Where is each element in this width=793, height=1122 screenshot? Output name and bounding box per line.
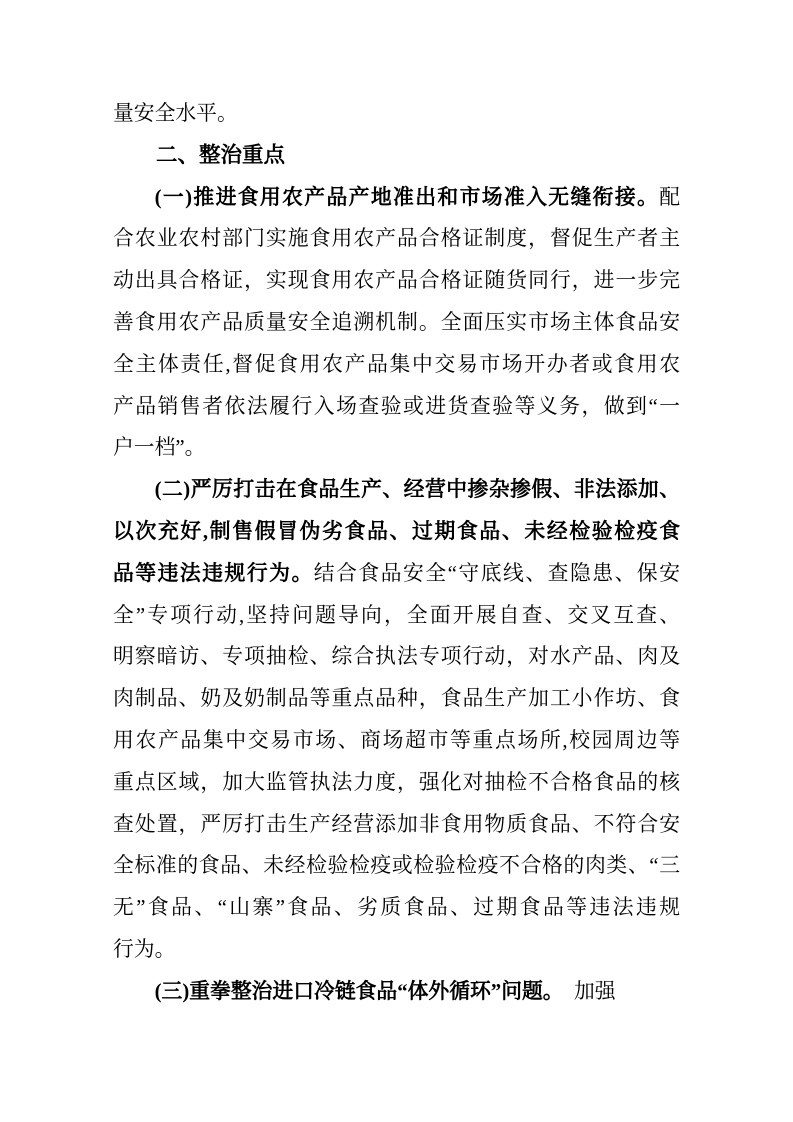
text-line: 全主体责任,督促食用农产品集中交易市场开办者或食用农 [113, 344, 680, 386]
bold-text-run: 二、整治重点 [156, 143, 285, 167]
text-line: 全”专项行动,坚持问题导向，全面开展自查、交叉互查、 [113, 595, 680, 637]
paragraph-section-heading: 二、整治重点 [113, 135, 680, 177]
text-line: 查处置，严厉打击生产经营添加非食用物质食品、不符合安 [113, 804, 680, 846]
bold-text-run: (一)推进食用农产品产地准出和市场准入无缝衔接。 [155, 186, 660, 209]
text-run: 全标准的食品、未经检验检疫或检验检疫不合格的肉类、“三 [113, 854, 680, 877]
bold-text-run: (三)重拳整治进口冷链食品“体外循环”问题。 [155, 980, 554, 1003]
text-line: 二、整治重点 [113, 135, 680, 177]
bold-text-run: 以次充好,制售假冒伪劣食品、过期食品、未经检验检疫食 [113, 520, 680, 543]
text-run: 明察暗访、专项抽检、综合执法专项行动，对水产品、肉及 [113, 645, 680, 668]
text-line: 重点区域，加大监管执法力度，强化对抽检不合格食品的核 [113, 762, 680, 804]
paragraph-continuation-paragraph: 量安全水平。 [113, 93, 680, 135]
text-run: 善食用农产品质量安全追溯机制。全面压实市场主体食品安 [113, 311, 680, 334]
text-run: 加强 [553, 980, 615, 1003]
paragraph-item-2: (二)严厉打击在食品生产、经营中掺杂掺假、非法添加、以次充好,制售假冒伪劣食品、… [113, 469, 680, 971]
text-line: 品等违法违规行为。结合食品安全“守底线、查隐患、保安 [113, 553, 680, 595]
text-line: 量安全水平。 [113, 93, 680, 135]
text-line: 善食用农产品质量安全追溯机制。全面压实市场主体食品安 [113, 302, 680, 344]
text-line: 动出具合格证，实现食用农产品合格证随货同行，进一步完 [113, 260, 680, 302]
text-run: 行为。 [113, 938, 175, 961]
text-run: 合农业农村部门实施食用农产品合格证制度，督促生产者主 [113, 227, 680, 250]
text-line: 全标准的食品、未经检验检疫或检验检疫不合格的肉类、“三 [113, 845, 680, 887]
text-run: 结合食品安全“守底线、查隐患、保安 [314, 562, 680, 585]
text-line: 明察暗访、专项抽检、综合执法专项行动，对水产品、肉及 [113, 636, 680, 678]
text-line: 户一档”。 [113, 427, 680, 469]
text-run: 产品销售者依法履行入场查验或进货查验等义务，做到“一 [113, 395, 680, 418]
text-run: 配 [659, 186, 680, 209]
document-body: 量安全水平。二、整治重点(一)推进食用农产品产地准出和市场准入无缝衔接。配合农业… [113, 93, 680, 1013]
text-run: 户一档”。 [113, 436, 205, 459]
text-run: 用农产品集中交易市场、商场超市等重点场所,校园周边等 [113, 729, 680, 752]
text-run: 全主体责任,督促食用农产品集中交易市场开办者或食用农 [113, 353, 680, 376]
text-run: 动出具合格证，实现食用农产品合格证随货同行，进一步完 [113, 269, 680, 292]
text-line: (一)推进食用农产品产地准出和市场准入无缝衔接。配 [113, 177, 680, 219]
text-line: 行为。 [113, 929, 680, 971]
document-page: 量安全水平。二、整治重点(一)推进食用农产品产地准出和市场准入无缝衔接。配合农业… [0, 0, 793, 1122]
text-line: (三)重拳整治进口冷链食品“体外循环”问题。 加强 [113, 971, 680, 1013]
text-line: 产品销售者依法履行入场查验或进货查验等义务，做到“一 [113, 386, 680, 428]
text-line: 肉制品、奶及奶制品等重点品种，食品生产加工小作坊、食 [113, 678, 680, 720]
paragraph-item-1: (一)推进食用农产品产地准出和市场准入无缝衔接。配合农业农村部门实施食用农产品合… [113, 177, 680, 470]
text-run: 全”专项行动,坚持问题导向，全面开展自查、交叉互查、 [113, 604, 680, 627]
text-run: 查处置，严厉打击生产经营添加非食用物质食品、不符合安 [113, 813, 680, 836]
paragraph-item-3: (三)重拳整治进口冷链食品“体外循环”问题。 加强 [113, 971, 680, 1013]
text-run: 肉制品、奶及奶制品等重点品种，食品生产加工小作坊、食 [113, 687, 680, 710]
bold-text-run: 品等违法违规行为。 [113, 562, 314, 585]
text-line: (二)严厉打击在食品生产、经营中掺杂掺假、非法添加、 [113, 469, 680, 511]
text-line: 以次充好,制售假冒伪劣食品、过期食品、未经检验检疫食 [113, 511, 680, 553]
text-run: 量安全水平。 [113, 102, 238, 125]
text-run: 重点区域，加大监管执法力度，强化对抽检不合格食品的核 [113, 771, 680, 794]
text-line: 无”食品、“山寨”食品、劣质食品、过期食品等违法违规 [113, 887, 680, 929]
text-line: 合农业农村部门实施食用农产品合格证制度，督促生产者主 [113, 218, 680, 260]
text-run: 无”食品、“山寨”食品、劣质食品、过期食品等违法违规 [113, 896, 680, 919]
text-line: 用农产品集中交易市场、商场超市等重点场所,校园周边等 [113, 720, 680, 762]
bold-text-run: (二)严厉打击在食品生产、经营中掺杂掺假、非法添加、 [155, 478, 680, 501]
